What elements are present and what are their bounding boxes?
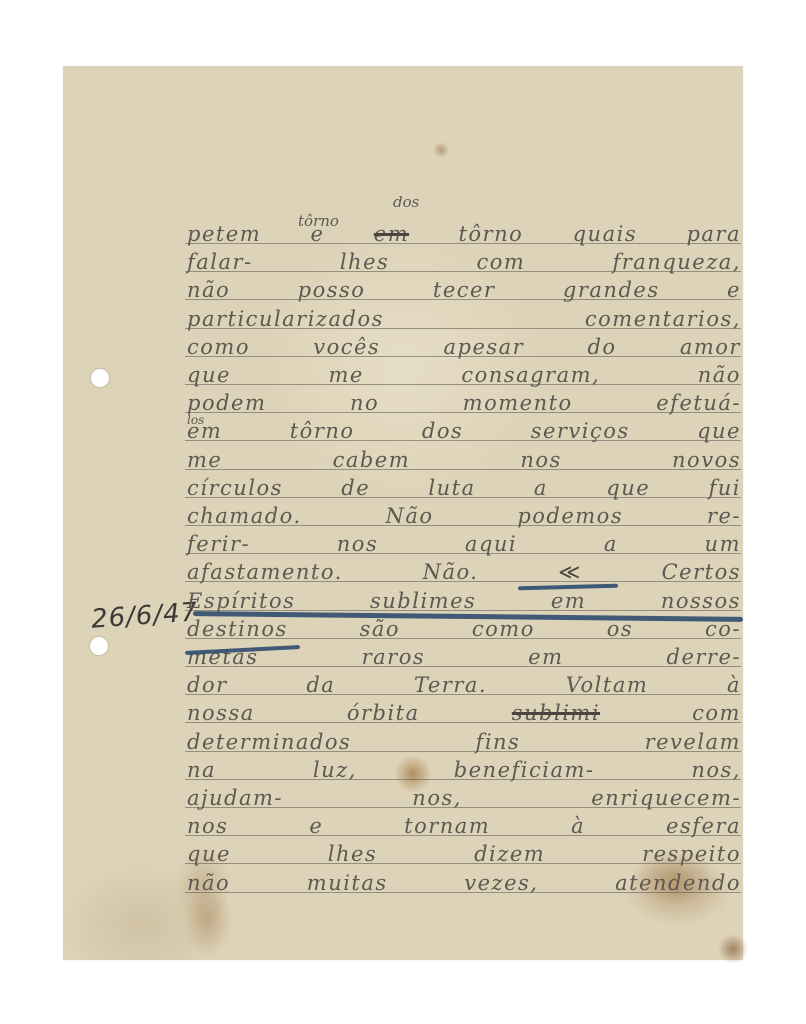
manuscript-word: falar-: [187, 251, 253, 273]
manuscript-word: ≪: [558, 561, 581, 583]
manuscript-word: Espíritos: [187, 590, 295, 612]
stain-corner: [718, 934, 748, 964]
manuscript-line: nossaórbitasublimicom: [185, 696, 741, 724]
manuscript-word: me: [328, 364, 363, 386]
manuscript-word: enriquecem-: [591, 787, 741, 809]
manuscript-word: com: [476, 251, 525, 273]
stain-bottom-left: [183, 886, 233, 956]
manuscript-line: Espíritossublimesemnossos: [185, 584, 741, 612]
manuscript-word: do: [587, 336, 616, 358]
manuscript-word: a: [604, 533, 618, 555]
manuscript-line: comovocêsapesardoamor: [185, 330, 741, 358]
manuscript-word: luta: [428, 477, 475, 499]
manuscript-word: não: [698, 364, 741, 386]
manuscript-word: comentarios,: [585, 308, 741, 330]
manuscript-word: nos: [187, 815, 228, 837]
manuscript-word: órbita: [347, 702, 420, 724]
manuscript-word: a: [534, 477, 548, 499]
manuscript-word: como: [187, 336, 250, 358]
manuscript-word: que: [187, 364, 231, 386]
manuscript-word: fins: [476, 731, 521, 753]
manuscript-word: Certos: [662, 561, 741, 583]
manuscript-word: sublimi: [512, 702, 600, 724]
manuscript-word: grandes: [563, 279, 660, 301]
manuscript-word: podem: [187, 392, 266, 414]
manuscript-word: tecer: [433, 279, 496, 301]
manuscript-word: ajudam-: [187, 787, 283, 809]
manuscript-line: quemeconsagram,não: [185, 358, 741, 386]
manuscript-line: podemnomomentoefetuá-: [185, 386, 741, 414]
manuscript-word: um: [705, 533, 741, 555]
manuscript-word: de: [341, 477, 370, 499]
manuscript-line: nãopossotecergrandese: [185, 273, 741, 301]
manuscript-word: nossa: [187, 702, 255, 724]
manuscript-word: não: [187, 279, 230, 301]
manuscript-word: são: [360, 618, 400, 640]
manuscript-word: nos,: [691, 759, 741, 781]
manuscript-word: cabem: [333, 449, 411, 471]
manuscript-word: dizem: [474, 843, 545, 865]
manuscript-line: falar-lhescomfranqueza,: [185, 245, 741, 273]
manuscript-word: determinados: [187, 731, 351, 753]
manuscript-word: luz,: [313, 759, 357, 781]
manuscript-word: e: [727, 279, 741, 301]
manuscript-word: nos: [520, 449, 561, 471]
manuscript-word: não: [187, 872, 230, 894]
margin-date: 26/6/47: [90, 597, 199, 634]
manuscript-word: vocês: [313, 336, 380, 358]
manuscript-word: nos,: [412, 787, 462, 809]
manuscript-word: em: [528, 646, 563, 668]
manuscript-word: os: [607, 618, 633, 640]
manuscript-word: petem: [187, 223, 261, 245]
manuscript-word: sublimes: [370, 590, 476, 612]
manuscript-line: determinadosfinsrevelam: [185, 725, 741, 753]
manuscript-word: raros: [362, 646, 426, 668]
manuscript-word: fui: [708, 477, 741, 499]
manuscript-line: dordaTerra.Voltamà: [185, 668, 741, 696]
manuscript-word: atendendo: [615, 872, 741, 894]
manuscript-line: nãomuitasvezes,atendendo: [185, 866, 741, 894]
manuscript-word: Não: [385, 505, 433, 527]
manuscript-word: à: [571, 815, 585, 837]
manuscript-word: destinos: [187, 618, 288, 640]
manuscript-word: nos: [337, 533, 378, 555]
manuscript-word: tornam: [404, 815, 490, 837]
manuscript-word: e: [309, 815, 323, 837]
manuscript-word: nossos: [661, 590, 741, 612]
stain-top: [433, 142, 449, 158]
manuscript-word: apesar: [443, 336, 524, 358]
manuscript-word: na: [187, 759, 216, 781]
manuscript-line: naluz,beneficiam-nos,: [185, 753, 741, 781]
manuscript-word: podemos: [517, 505, 623, 527]
manuscript-word: derre-: [667, 646, 741, 668]
manuscript-line: círculosdelutaaquefui: [185, 471, 741, 499]
manuscript-line: petemeemtôrnoquaispara: [185, 217, 741, 245]
manuscript-word: com: [692, 702, 741, 724]
manuscript-word: como: [472, 618, 535, 640]
manuscript-word: muitas: [307, 872, 388, 894]
manuscript-line: metasrarosemderre-: [185, 640, 741, 668]
manuscript-line: nosetornamàesfera: [185, 809, 741, 837]
manuscript-word: aqui: [465, 533, 517, 555]
manuscript-word: que: [606, 477, 650, 499]
manuscript-word: em: [551, 590, 586, 612]
manuscript-word: e: [311, 223, 325, 245]
manuscript-word: chamado.: [187, 505, 302, 527]
punch-hole-upper: [91, 369, 109, 387]
manuscript-word: Terra.: [414, 674, 487, 696]
manuscript-word: re-: [707, 505, 741, 527]
manuscript-word: revelam: [645, 731, 741, 753]
manuscript-word: beneficiam-: [454, 759, 595, 781]
manuscript-line: ajudam-nos,enriquecem-: [185, 781, 741, 809]
manuscript-word: vezes,: [464, 872, 538, 894]
manuscript-line: quelhesdizemrespeito: [185, 837, 741, 865]
manuscript-line: ferir-nosaquiaum: [185, 527, 741, 555]
manuscript-word: efetuá-: [656, 392, 741, 414]
manuscript-word: respeito: [642, 843, 741, 865]
manuscript-word: novos: [672, 449, 741, 471]
manuscript-word: posso: [298, 279, 366, 301]
manuscript-word: afastamento.: [187, 561, 343, 583]
manuscript-word: lhes: [340, 251, 389, 273]
manuscript-page: 26/6/47 dos tôrno los petemeemtôrnoquais…: [63, 66, 743, 960]
manuscript-word: esfera: [666, 815, 741, 837]
manuscript-line: chamado.Nãopodemosre-: [185, 499, 741, 527]
manuscript-word: tôrno: [290, 420, 355, 442]
manuscript-line: mecabemnosnovos: [185, 443, 741, 471]
manuscript-word: serviços: [531, 420, 630, 442]
manuscript-word: Não.: [423, 561, 479, 583]
manuscript-word: em: [187, 420, 222, 442]
manuscript-word: quais: [573, 223, 637, 245]
manuscript-line: particularizadoscomentarios,: [185, 302, 741, 330]
manuscript-word: Voltam: [566, 674, 648, 696]
manuscript-word: ferir-: [187, 533, 250, 555]
manuscript-word: franqueza,: [612, 251, 741, 273]
manuscript-word: dor: [187, 674, 228, 696]
manuscript-word: consagram,: [461, 364, 600, 386]
manuscript-word: lhes: [328, 843, 377, 865]
manuscript-word: para: [686, 223, 741, 245]
manuscript-line: emtôrnodosserviçosque: [185, 414, 741, 442]
manuscript-word: particularizados: [187, 308, 384, 330]
manuscript-word: círculos: [187, 477, 283, 499]
manuscript-word: dos: [422, 420, 463, 442]
manuscript-word: me: [187, 449, 222, 471]
manuscript-word: no: [350, 392, 379, 414]
manuscript-word: momento: [463, 392, 573, 414]
manuscript-word: em: [374, 223, 409, 245]
manuscript-line: afastamento.Não.≪Certos: [185, 555, 741, 583]
manuscript-word: amor: [680, 336, 741, 358]
insertion-dos: dos: [393, 193, 419, 211]
manuscript-word: tôrno: [458, 223, 523, 245]
manuscript-word: à: [727, 674, 741, 696]
manuscript-word: da: [306, 674, 335, 696]
manuscript-word: que: [187, 843, 231, 865]
manuscript-word: que: [697, 420, 741, 442]
punch-hole-lower: [90, 637, 108, 655]
